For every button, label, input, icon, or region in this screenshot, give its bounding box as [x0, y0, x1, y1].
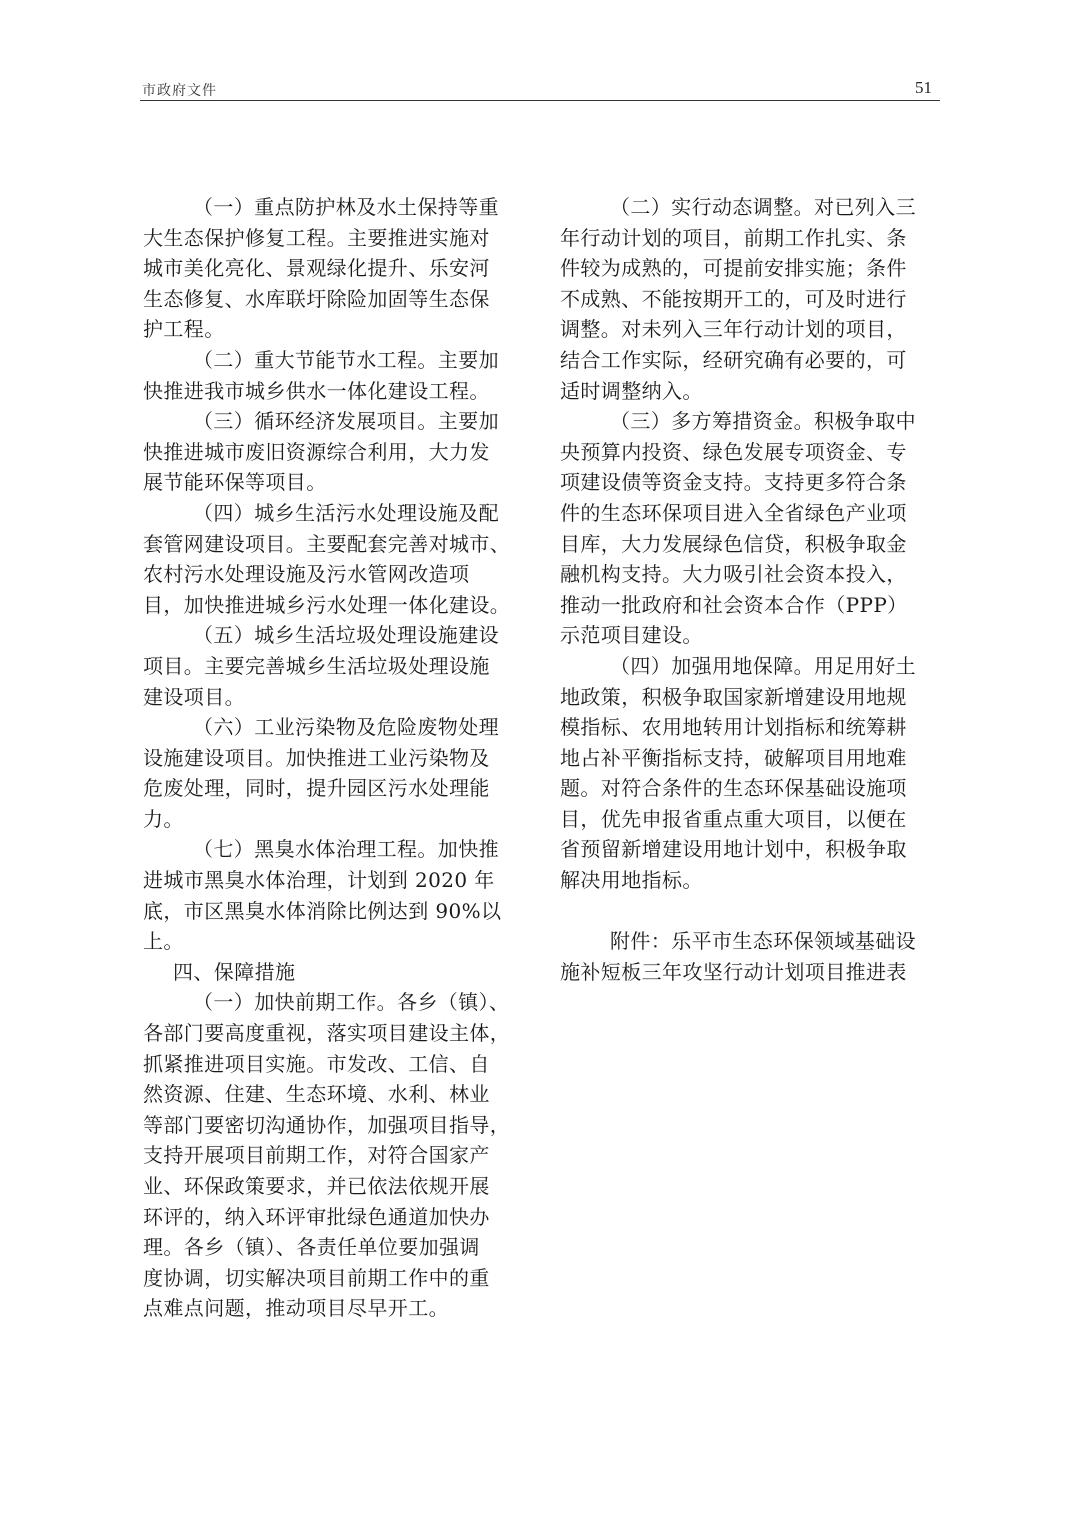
text-line: 件较为成熟的，可提前安排实施；条件 — [560, 253, 942, 284]
text-line: 点难点问题，推动项目尽早开工。 — [143, 1293, 518, 1324]
text-line: 省预留新增建设用地计划中，积极争取 — [560, 834, 942, 865]
text-line: 快推进我市城乡供水一体化建设工程。 — [143, 376, 518, 407]
text-line: 农村污水处理设施及污水管网改造项 — [143, 559, 518, 590]
blank-line — [560, 896, 942, 927]
text-line: 调整。对未列入三年行动计划的项目， — [560, 314, 942, 345]
text-line: 进城市黑臭水体治理，计划到 2020 年 — [143, 865, 518, 896]
text-line: （四）加强用地保障。用足用好土 — [560, 651, 942, 682]
text-line: 生态修复、水库联圩除险加固等生态保 — [143, 284, 518, 315]
text-line: 适时调整纳入。 — [560, 376, 942, 407]
text-line: 目，优先申报省重点重大项目，以便在 — [560, 804, 942, 835]
text-line: 件的生态环保项目进入全省绿色产业项 — [560, 498, 942, 529]
text-line: 项建设债等资金支持。支持更多符合条 — [560, 467, 942, 498]
text-line: （六）工业污染物及危险废物处理 — [143, 712, 518, 743]
page-header: 市政府文件 51 — [140, 78, 940, 101]
text-line: 模指标、农用地转用计划指标和统筹耕 — [560, 712, 942, 743]
text-line: 度协调，切实解决项目前期工作中的重 — [143, 1263, 518, 1294]
text-line: 设施建设项目。加快推进工业污染物及 — [143, 743, 518, 774]
text-line: 危废处理，同时，提升园区污水处理能 — [143, 773, 518, 804]
text-line: 护工程。 — [143, 314, 518, 345]
text-line: 城市美化亮化、景观绿化提升、乐安河 — [143, 253, 518, 284]
text-line: 推动一批政府和社会资本合作（PPP） — [560, 590, 942, 621]
text-line: 附件：乐平市生态环保领域基础设 — [560, 926, 942, 957]
text-line: 融机构支持。大力吸引社会资本投入， — [560, 559, 942, 590]
text-line: 施补短板三年攻坚行动计划项目推进表 — [560, 957, 942, 988]
text-line: 目库，大力发展绿色信贷，积极争取金 — [560, 529, 942, 560]
text-line: 底，市区黑臭水体消除比例达到 90%以 — [143, 896, 518, 927]
text-line: （一）加快前期工作。各乡（镇）、 — [143, 987, 518, 1018]
text-line: 套管网建设项目。主要配套完善对城市、 — [143, 529, 518, 560]
right-column: （二）实行动态调整。对已列入三年行动计划的项目，前期工作扎实、条件较为成熟的，可… — [560, 192, 942, 987]
text-line: 地政策，积极争取国家新增建设用地规 — [560, 682, 942, 713]
text-line: （三）多方筹措资金。积极争取中 — [560, 406, 942, 437]
text-line: 抓紧推进项目实施。市发改、工信、自 — [143, 1049, 518, 1080]
text-line: 力。 — [143, 804, 518, 835]
section-heading: 四、保障措施 — [143, 957, 518, 988]
text-line: 目，加快推进城乡污水处理一体化建设。 — [143, 590, 518, 621]
text-line: 展节能环保等项目。 — [143, 467, 518, 498]
text-line: 环评的，纳入环评审批绿色通道加快办 — [143, 1202, 518, 1233]
text-line: 年行动计划的项目，前期工作扎实、条 — [560, 223, 942, 254]
text-line: （二）实行动态调整。对已列入三 — [560, 192, 942, 223]
text-line: 项目。主要完善城乡生活垃圾处理设施 — [143, 651, 518, 682]
text-line: 理。各乡（镇）、各责任单位要加强调 — [143, 1232, 518, 1263]
text-line: （七）黑臭水体治理工程。加快推 — [143, 834, 518, 865]
text-line: （四）城乡生活污水处理设施及配 — [143, 498, 518, 529]
text-line: 支持开展项目前期工作，对符合国家产 — [143, 1140, 518, 1171]
text-line: 然资源、住建、生态环境、水利、林业 — [143, 1079, 518, 1110]
text-line: （五）城乡生活垃圾处理设施建设 — [143, 620, 518, 651]
text-line: 不成熟、不能按期开工的，可及时进行 — [560, 284, 942, 315]
text-line: 结合工作实际，经研究确有必要的，可 — [560, 345, 942, 376]
text-line: 各部门要高度重视，落实项目建设主体， — [143, 1018, 518, 1049]
text-line: 题。对符合条件的生态环保基础设施项 — [560, 773, 942, 804]
text-line: （一）重点防护林及水土保持等重 — [143, 192, 518, 223]
text-line: 等部门要密切沟通协作，加强项目指导， — [143, 1110, 518, 1141]
header-title: 市政府文件 — [142, 80, 217, 100]
text-line: 央预算内投资、绿色发展专项资金、专 — [560, 437, 942, 468]
text-line: 解决用地指标。 — [560, 865, 942, 896]
text-line: 地占补平衡指标支持，破解项目用地难 — [560, 743, 942, 774]
text-line: 大生态保护修复工程。主要推进实施对 — [143, 223, 518, 254]
left-column: （一）重点防护林及水土保持等重大生态保护修复工程。主要推进实施对城市美化亮化、景… — [143, 192, 518, 1324]
text-line: 上。 — [143, 926, 518, 957]
text-line: 业、环保政策要求，并已依法依规开展 — [143, 1171, 518, 1202]
page-number: 51 — [915, 78, 932, 98]
text-line: （二）重大节能节水工程。主要加 — [143, 345, 518, 376]
text-line: 示范项目建设。 — [560, 620, 942, 651]
text-line: 建设项目。 — [143, 682, 518, 713]
text-line: （三）循环经济发展项目。主要加 — [143, 406, 518, 437]
text-line: 快推进城市废旧资源综合利用，大力发 — [143, 437, 518, 468]
